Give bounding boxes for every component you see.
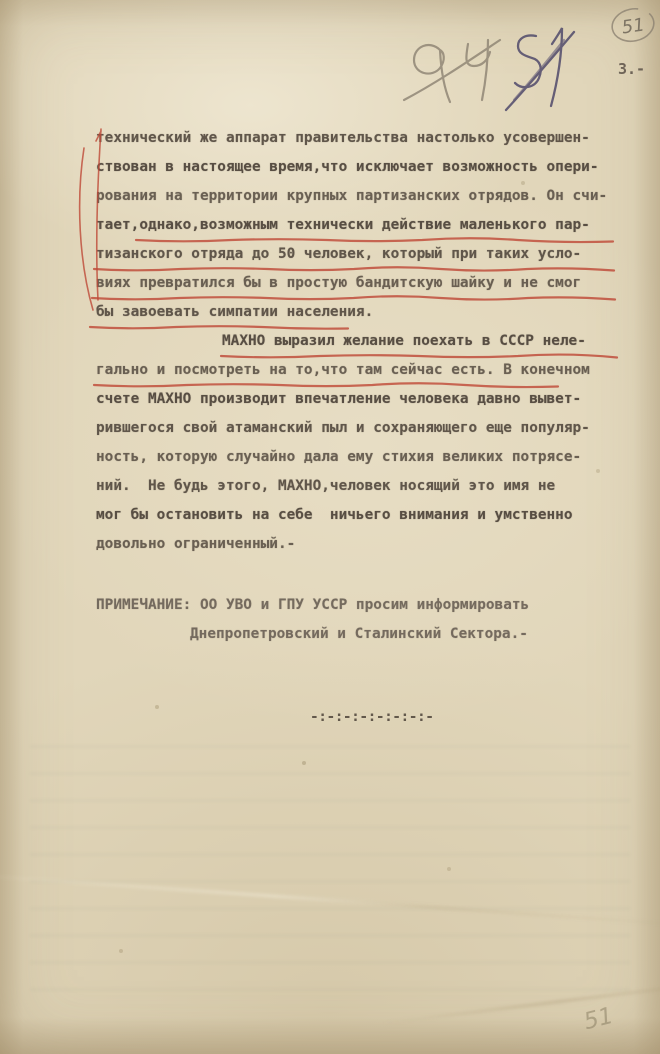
circled-number-value: 51 bbox=[620, 14, 646, 38]
red-underline bbox=[136, 238, 613, 242]
pencil-scribble-94-icon bbox=[404, 40, 500, 102]
note-line-2: Днепропетровский и Сталинский Сектора.- bbox=[190, 626, 528, 642]
circle-stroke-icon bbox=[609, 5, 657, 45]
red-underline bbox=[94, 267, 614, 270]
circled-number: 51 bbox=[609, 5, 657, 45]
note-spacer bbox=[191, 597, 200, 613]
typed-line: тизанского отряда до 50 человек, который… bbox=[96, 246, 581, 263]
red-underline bbox=[92, 296, 615, 299]
typed-line: ность, которую случайно дала ему стихия … bbox=[96, 449, 581, 466]
scanned-document-page: 3.- технический же аппарат правительства… bbox=[0, 0, 660, 1054]
typed-line: рования на территории крупных партизанск… bbox=[96, 188, 607, 205]
typed-line: ний. Не будь этого, МАХНО,человек носящи… bbox=[96, 478, 555, 495]
typed-line: счете МАХНО производит впечатление челов… bbox=[96, 391, 581, 408]
typed-divider: -:-:-:-:-:-:-:- bbox=[310, 709, 433, 725]
typed-line: бы завоевать симпатии населения. bbox=[96, 304, 373, 321]
typed-line: гально и посмотреть на то,что там сейчас… bbox=[96, 362, 590, 379]
paper-crease bbox=[381, 978, 660, 1025]
typed-line: рившегося свой атаманский пыл и сохраняю… bbox=[96, 420, 590, 437]
note-line-1: ПРИМЕЧАНИЕ: ОО УВО и ГПУ УССР просим инф… bbox=[96, 597, 529, 613]
typed-line: ствован в настоящее время,что исключает … bbox=[96, 159, 599, 176]
typed-line: технический же аппарат правительства нас… bbox=[96, 130, 590, 147]
red-underline bbox=[90, 326, 348, 329]
typed-line: мог бы остановить на себе ничьего вниман… bbox=[96, 507, 573, 524]
typed-line: довольно ограниченный.- bbox=[96, 536, 295, 553]
red-underline bbox=[94, 383, 558, 387]
red-underline bbox=[221, 355, 617, 358]
note-label: ПРИМЕЧАНИЕ: bbox=[96, 597, 191, 613]
note-text: ОО УВО и ГПУ УССР просим информировать bbox=[200, 597, 529, 613]
typed-line: тает,однако,возможным технически действи… bbox=[96, 217, 590, 234]
page-number: 3.- bbox=[618, 60, 645, 78]
reverse-side-bleedthrough bbox=[30, 745, 630, 1015]
corner-pencil-number: 51 bbox=[581, 1003, 616, 1035]
ink-scribble-51-icon bbox=[506, 28, 574, 110]
typed-line: виях превратился бы в простую бандитскую… bbox=[96, 275, 581, 292]
typed-line: МАХНО выразил желание поехать в СССР нел… bbox=[222, 333, 586, 350]
paper-specks bbox=[0, 0, 2, 2]
paper-crease bbox=[0, 873, 660, 930]
